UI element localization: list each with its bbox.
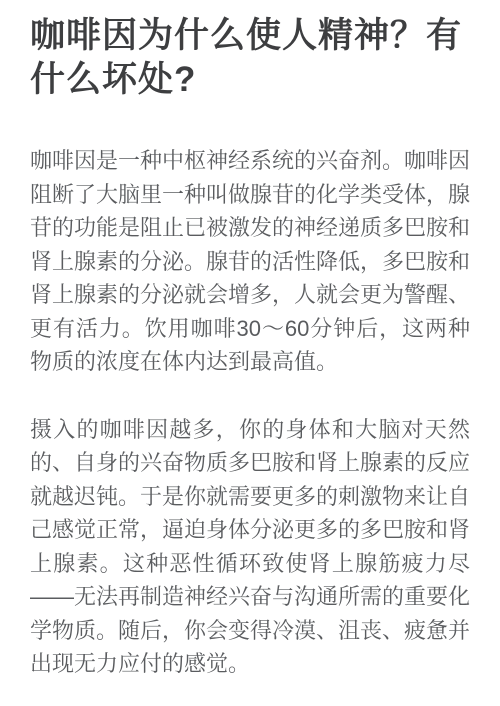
article-title: 咖啡因为什么使人精神？有什么坏处? [30, 14, 470, 102]
article-paragraph-2: 摄入的咖啡因越多，你的身体和大脑对天然的、自身的兴奋物质多巴胺和肾上腺素的反应就… [30, 413, 470, 681]
article-paragraph-1: 咖啡因是一种中枢神经系统的兴奋剂。咖啡因阻断了大脑里一种叫做腺苷的化学类受体，腺… [30, 144, 470, 379]
article-body: 咖啡因是一种中枢神经系统的兴奋剂。咖啡因阻断了大脑里一种叫做腺苷的化学类受体，腺… [30, 144, 470, 681]
article-page: 咖啡因为什么使人精神？有什么坏处? 咖啡因是一种中枢神经系统的兴奋剂。咖啡因阻断… [0, 0, 500, 706]
